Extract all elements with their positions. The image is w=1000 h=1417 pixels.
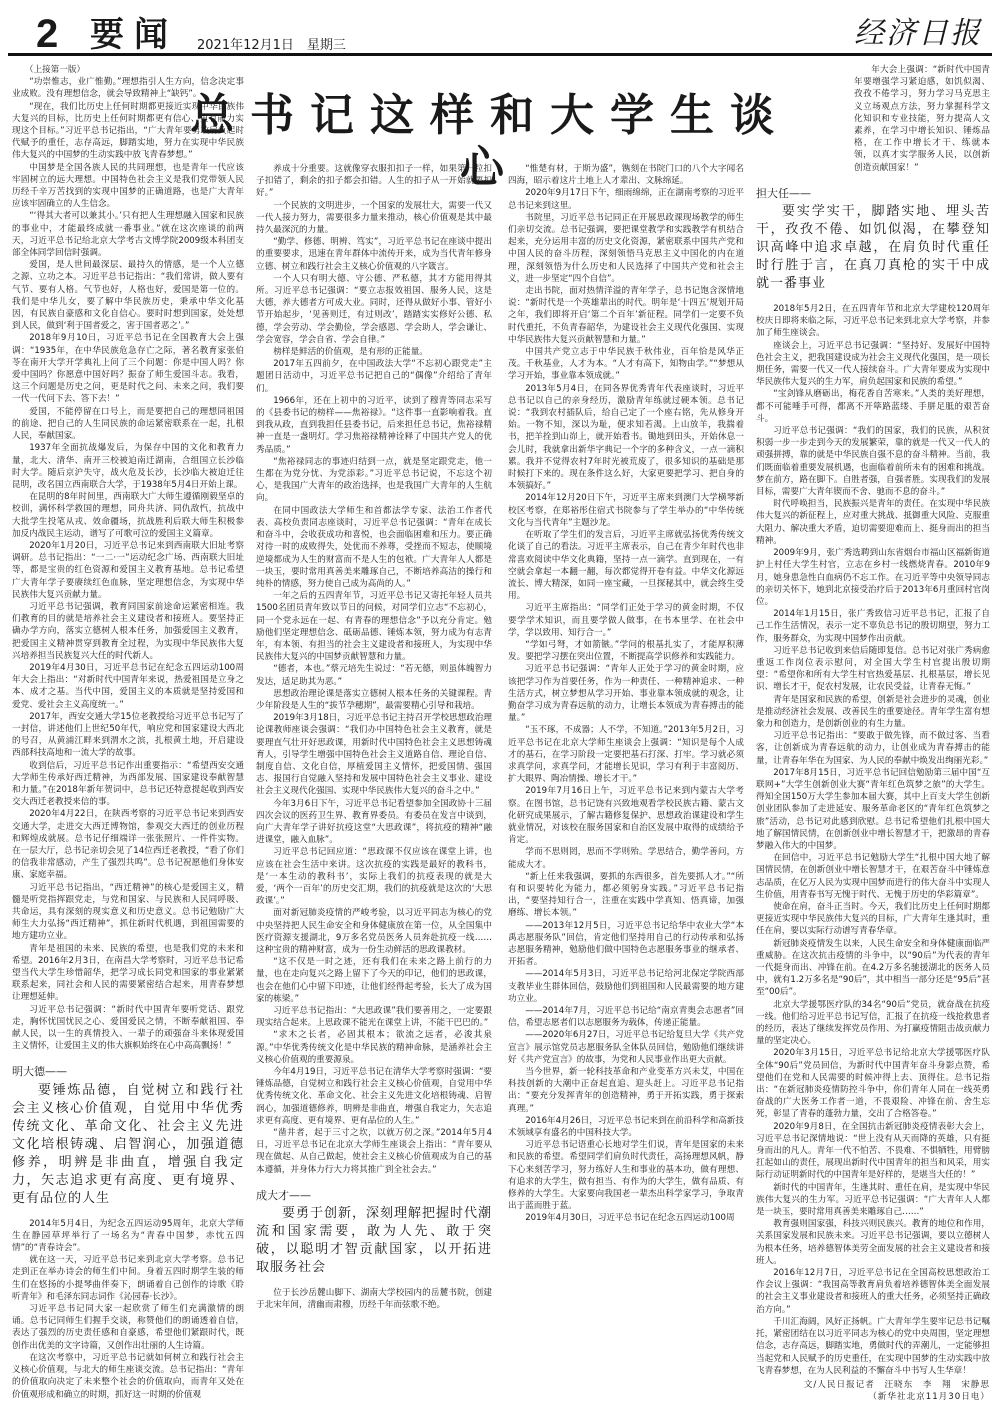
paragraph: “新上任来我强调，要抓的东西很多，首先要抓人才。”“所有和识要转化为能力，都必须… — [508, 871, 744, 920]
paragraph: 习近平总书记指出：“要敢于做先锋，而不做过客、当看客，让创新成为青春远航的动力，… — [756, 730, 990, 767]
paragraph: 2018年5月2日，在五四青年节和北京大学建校120周年校庆日即将来临之际，习近… — [756, 303, 990, 340]
column-4-paragraphs-before: 年大会上强调：“新时代中国青年要增强学习紧迫感，如饥似渴、孜孜不倦学习，努力学习… — [854, 64, 990, 174]
paragraph: 青年是祖国的未来、民族的希望，也是我们党的未来和希望。2016年2月3日，在南昌… — [12, 943, 244, 1004]
paragraph: “求木之长者，必固其根本；欲流之远者，必浚其泉源。”中华优秀传统文化是中华民族的… — [256, 1029, 492, 1066]
paragraph: 爱国，不能停留在口号上，而是要把自己的理想同祖国的前途、把自己的人生同民族的命运… — [12, 406, 244, 443]
paragraph: 习近平总书记语重心长地对学生们说，青年是国家的未来和民族的希望。希望同学们肩负时… — [508, 1139, 744, 1212]
paragraph: 当今世界，新一轮科技革命和产业变革方兴未艾，中国在科技创新的大潮中正奋起直追、迎… — [508, 1066, 744, 1115]
paragraph: 座谈会上，习近平总书记强调：“坚持好、发展好中国特色社会主义，把我国建设成为社会… — [756, 340, 990, 389]
paragraph: 2016年4月26日，习近平总书记来到在前沿科学和高新技术领域享有盛名的中国科技… — [508, 1115, 744, 1139]
paragraph: 榜样是鲜活的价值观，是有形的正能量。 — [256, 346, 492, 358]
paragraph: 习近平总书记强调：“新时代中国青年要听党话、跟党走，胸怀忧国忧民之心、爱国爱民之… — [12, 1004, 244, 1053]
paragraph: 一个民族的文明进步，一个国家的发展壮大，需要一代又一代人接力努力，需要很多力量来… — [256, 200, 492, 237]
paragraph: 2016年12月7日，习近平总书记在全国高校思想政治工作会议上强调：“我国高等教… — [756, 1267, 990, 1316]
paragraph: 2020年1月20日，习近平总书记来到西南联大旧址考察调研。总书记指出：“一二·… — [12, 540, 244, 601]
paragraph: 2019年4月30日，习近平总书记在纪念五四运动100周年大会上指出：“对新时代… — [12, 662, 244, 711]
section-title: 要闻 — [90, 16, 178, 54]
paragraph: 2017年8月15日，习近平总书记回信勉励第三届中国“互联网+”大学生创新创业大… — [756, 767, 990, 852]
paragraph: 1966年，还在上初中的习近平，读到了穆青等同志采写的《县委书记的榜样——焦裕禄… — [256, 395, 492, 456]
paragraph: “焦裕禄同志的事迹归结到一点，就是坚定跟党走，他一生都在为党分忧、为党添彩。”习… — [256, 456, 492, 505]
paragraph: 新冠肺炎疫情发生以来，人民生命安全和身体健康面临严重威胁。在这次抗击疫情的斗争中… — [756, 938, 990, 999]
paragraph: “德者，本也。”蔡元培先生说过：“若无德，则虽体魄智力发达，适足助其为恶。” — [256, 663, 492, 687]
paragraph: 2014年5月4日，为纪念五四运动95周年，北京大学师生在静园草坪举行了一场名为… — [12, 1218, 244, 1255]
paragraph: 一个人只有明大德、守公德、严私德，其才方能用得其所。习近平总书记强调：“要立志报… — [256, 273, 492, 346]
paragraph: 习近平总书记指出，“西迁精神”的核心是爱国主义，精髓是听党指挥跟党走，与党和国家… — [12, 882, 244, 943]
paragraph: 2017年五四前夕，在中国政法大学“不忘初心跟党走”主题团日活动中，习近平总书记… — [256, 358, 492, 395]
paragraph: 年大会上强调：“新时代中国青年要增强学习紧迫感，如饥似渴、孜孜不倦学习，努力学习… — [854, 64, 990, 174]
paragraph: “凿井者，起于三寸之坎，以就万仞之深。”2014年5月4日，习近平总书记在北京大… — [256, 1127, 492, 1176]
paragraph: 北京大学援鄂医疗队的34名“90后”党员，就奋战在抗疫一线。他们给习近平总书记写… — [756, 999, 990, 1048]
paragraph: “‘得其大者可以兼其小。’只有把人生理想融入国家和民族的事业中，才能最终成就一番… — [12, 210, 244, 259]
article-column-2: 养成十分重要。这就像穿衣服扣扣子一样，如果第一粒扣子扣错了，剩余的扣子都会扣错。… — [256, 163, 492, 1311]
paragraph: 今年3月6日下午，习近平总书记看望参加全国政协十三届四次会议的医药卫生界、教育界… — [256, 798, 492, 847]
paragraph: 2013年5月4日，在同各界优秀青年代表座谈时，习近平总书记以自己的亲身经历，激… — [508, 383, 744, 493]
paragraph: 在这次考察中，习近平总书记就如何树立和践行社会主义核心价值观，与北大的师生座谈交… — [12, 1352, 244, 1401]
column-1-paragraphs-after: 2014年5月4日，为纪念五四运动95周年，北京大学师生在静园草坪举行了一场名为… — [12, 1218, 244, 1401]
paragraph: 面对新冠肺炎疫情的严峻考验，以习近平同志为核心的党中央坚持把人民生命安全和身体健… — [256, 907, 492, 956]
subhead-ming-da-de: 明大德—— 要锤炼品德，自觉树立和践行社会主义核心价值观，自觉用中华优秀传统文化… — [12, 1066, 244, 1207]
paragraph: 在昆明的8年时间里，西南联大广大师生遵循刚毅坚卓的校训，满怀科学救国的理想，同舟… — [12, 491, 244, 540]
subhead-cheng-da-cai: 成大才—— 要勇于创新，深刻理解把握时代潮流和国家需要，敢为人先、敢于突破，以聪… — [256, 1190, 492, 1277]
paragraph: 2018年9月10日，习近平总书记在全国教育大会上强调：“1935年，在中华民族… — [12, 332, 244, 405]
paragraph: 习近平总书记强调：“青年人正处于学习的黄金时期，应该把学习作为首要任务，作为一种… — [508, 663, 744, 724]
paragraph: 2014年1月15日，张广秀致信习近平总书记，汇报了自己工作生活情况，表示一定不… — [756, 608, 990, 645]
masthead-rule — [8, 53, 992, 56]
paragraph: ——2014年5月3日，习近平总书记给河北保定学院西部支教毕业生群体回信，鼓励他… — [508, 968, 744, 1005]
paragraph: 习近平主席指出：“同学们正处于学习的黄金时期，不仅要学学术知识，而且要学做人做事… — [508, 602, 744, 639]
column-3-paragraphs: “惟楚有材，于斯为盛”，镌刻在书院门口的八个大字闻名四海，昭示着这片土地上人才辈… — [508, 163, 744, 1225]
paragraph: 习近平总书记同大家一起欣赏了师生们充满激情的朗诵。总书记同师生们握手交谈，称赞他… — [12, 1303, 244, 1352]
page-number: 2 — [36, 14, 58, 54]
paragraph: 学而不思则罔，思而不学则殆。学思结合，勤学善问，方能成大才。 — [508, 846, 744, 870]
column-2-paragraphs: 养成十分重要。这就像穿衣服扣扣子一样，如果第一粒扣子扣错了，剩余的扣子都会扣错。… — [256, 163, 492, 1176]
subhead-kicker: 担大任—— — [756, 188, 990, 200]
subhead-deck: 要勇于创新，深刻理解把握时代潮流和国家需要，敢为人先、敢于突破，以聪明才智贡献国… — [256, 1205, 492, 1277]
paragraph: 在同中国政法大学师生和首都法学专家、法治工作者代表、高校负责同志座谈时，习近平总… — [256, 505, 492, 590]
paragraph: 2017年，西安交通大学15位老教授给习近平总书记写了一封信，讲述他们上世纪50… — [12, 711, 244, 760]
newspaper-logo: 经济日报 — [854, 16, 982, 52]
paragraph: ——2014年7月，习近平总书记给“南京青奥会志愿者”回信，希望志愿者们以志愿服… — [508, 1005, 744, 1029]
paragraph: 青年是国家和民族的希望，创新是社会进步的灵魂，创业是推动经济社会发展、改善民生的… — [756, 694, 990, 731]
paragraph: 2019年3月18日，习近平总书记主持召开学校思想政治理论课教师座谈会强调：“我… — [256, 712, 492, 797]
article-column-3: “惟楚有材，于斯为盛”，镌刻在书院门口的八个大字闻名四海，昭示着这片土地上人才辈… — [508, 163, 744, 1225]
paragraph: 使命在肩，奋斗正当时。今天，我们比历史上任何时期都更接近实现中华民族伟大复兴的目… — [756, 901, 990, 938]
byline: 文/人民日报记者 汪晓东 李 翔 宋静思 — [756, 1379, 990, 1391]
paragraph: 中国共产党立志于中华民族千秋伟业，百年恰是风华正茂。千秋基业，人才为本。“人才有… — [508, 346, 744, 383]
subhead-kicker: 成大才—— — [256, 1190, 492, 1202]
paragraph: 习近平总书记回应道：“思政课不仅应该在课堂上讲，也应该在社会生活中来讲。这次抗疫… — [256, 846, 492, 907]
paragraph: 1937年全面抗战爆发后，为保存中国的文化和教育力量，北大、清华、南开三校被迫南… — [12, 442, 244, 491]
masthead: 2 要闻 2021年12月1日 星期三 经济日报 — [0, 0, 1000, 58]
continued-note: （上接第一版） — [12, 64, 244, 76]
subhead-kicker: 明大德—— — [12, 1066, 244, 1078]
paragraph: 2019年7月16日上午，习近平总书记来到内蒙古大学考察。在图书馆，总书记饶有兴… — [508, 785, 744, 846]
subhead-deck: 要实学实干，脚踏实地、埋头苦干，孜孜不倦、如饥似渴，在攀登知识高峰中追求卓越，在… — [756, 203, 990, 293]
paragraph: 中国梦是全国各族人民的共同理想，也是青年一代应该牢固树立的远大理想。中国特色社会… — [12, 162, 244, 211]
paragraph: 思想政治理论课是落实立德树人根本任务的关键课程。青少年阶段是人生的“拔节孕穗期”… — [256, 688, 492, 712]
paragraph: “惟楚有材，于斯为盛”，镌刻在书院门口的八个大字闻名四海，昭示着这片土地上人才辈… — [508, 163, 744, 187]
paragraph: “玉不琢，不成器；人不学，不知道。”2013年5月2日，习近平总书记在北京大学师… — [508, 724, 744, 785]
paragraph: 2020年9月17日下午，细雨绵绵，正在湖南考察的习近平总书记来到这里。 — [508, 187, 744, 211]
paragraph: 千川汇海阔，风好正扬帆。广大青年学生要牢记总书记嘱托，紧密团结在以习近平同志为核… — [756, 1316, 990, 1377]
paragraph: ——2013年12月5日，习近平总书记给华中农业大学“本禹志愿服务队”回信，肯定… — [508, 920, 744, 969]
paragraph: 今年4月19日，习近平总书记在清华大学考察时强调：“要锤炼品德，自觉树立和践行社… — [256, 1066, 492, 1127]
paragraph: 爱国，是人世间最深层、最持久的情感，是一个人立德之源、立功之本。习近平总书记指出… — [12, 259, 244, 332]
paragraph: 习近平总书记强调：“我们的国家，我们的民族，从积贫积弱一步一步走到今天的发展繁荣… — [756, 425, 990, 498]
paragraph: 新时代的中国青年，生逢其时、重任在肩，是实现中华民族伟大复兴的生力军。习近平总书… — [756, 1182, 990, 1219]
paragraph: 在回信中，习近平总书记勉励大学生“扎根中国大地了解国情民情，在创新创业中增长智慧… — [756, 852, 990, 901]
paragraph: 就在这一天，习近平总书记来到北京大学考察。总书记走到正在举办诗会的师生们中间。身… — [12, 1254, 244, 1303]
paragraph: “学如弓弩，才如箭镞。”学问的根基扎实了，才能厚积薄发。要把学习摆在突出位置，不… — [508, 639, 744, 663]
paragraph: 位于长沙岳麓山脚下、湖南大学校园内的岳麓书院，创建于北宋年间，清幽而肃穆，历经千… — [256, 1287, 492, 1311]
paragraph: 2020年4月22日，在陕西考察的习近平总书记来到西安交通大学，走进交大西迁博物… — [12, 808, 244, 881]
column-2-paragraphs-after: 位于长沙岳麓山脚下、湖南大学校园内的岳麓书院，创建于北宋年间，清幽而肃穆，历经千… — [256, 1287, 492, 1311]
paragraph: 收到信后，习近平总书记作出重要指示：“希望西安交通大学师生传承好西迁精神，为西部… — [12, 760, 244, 809]
paragraph: 2020年3月15日，习近平总书记给北京大学援鄂医疗队全体“90后”党员回信，为… — [756, 1047, 990, 1120]
paragraph: “功崇惟志，业广惟勤。”理想指引人生方向，信念决定事业成败。没有理想信念，就会导… — [12, 76, 244, 100]
article-column-4: 年大会上强调：“新时代中国青年要增强学习紧迫感，如饥似渴、孜孜不倦学习，努力学习… — [756, 64, 990, 1403]
paragraph: 2019年4月30日，习近平总书记在纪念五四运动100周 — [508, 1212, 744, 1224]
subhead-dan-da-ren: 担大任—— 要实学实干，脚踏实地、埋头苦干，孜孜不倦、如饥似渴，在攀登知识高峰中… — [756, 188, 990, 293]
paragraph: 书院里，习近平总书记同正在开展思政课现场教学的师生们亲切交流。总书记强调，要把课… — [508, 212, 744, 285]
paragraph: 2014年12月20日下午，习近平主席来到澳门大学横琴新校区考察，在郑裕彤住宿式… — [508, 492, 744, 529]
article-column-1: （上接第一版） “功崇惟志，业广惟勤。”理想指引人生方向，信念决定事业成败。没有… — [12, 64, 244, 1401]
paragraph: 习近平总书记收到来信后随即复信。总书记对张广秀病愈重返工作岗位表示慰问，对全国大… — [756, 645, 990, 694]
paragraph: 一年之后的五四青年节，习近平总书记又寄托年轻人员共1500名团员青年致以节日的问… — [256, 590, 492, 663]
column-1-paragraphs: “功崇惟志，业广惟勤。”理想指引人生方向，信念决定事业成败。没有理想信念，就会导… — [12, 76, 244, 1052]
paragraph: 在听取了学生们的发言后，习近平主席就弘扬优秀传统文化谈了自己的看法。习近平主席表… — [508, 529, 744, 602]
paragraph: “现在，我们比历史上任何时期都更接近实现中华民族伟大复兴的目标，比历史上任何时期… — [12, 101, 244, 162]
paragraph: 走出书院，面对热情洋溢的青年学子，总书记饱含深情地说：“新时代是一个英雄辈出的时… — [508, 285, 744, 346]
paragraph: “这不仅是一时之迹，还有我们在未来之路上前行的力量，也在走向复兴之路上留下了今天… — [256, 956, 492, 1005]
subhead-deck: 要锤炼品德，自觉树立和践行社会主义核心价值观，自觉用中华优秀传统文化、革命文化、… — [12, 1082, 244, 1208]
dateline: （新华社北京11月30日电） — [756, 1391, 990, 1403]
paragraph: 习近平总书记强调，教育同国家前途命运紧密相连。我们教育的目的就是培养社会主义建设… — [12, 601, 244, 662]
paragraph: 时代呼唤担当，民族振兴是青年的责任。在实现中华民族伟大复兴的新征程上，应对重大挑… — [756, 498, 990, 547]
paragraph: 习近平总书记指出：“大思政课”我们要善用之，一定要跟现实结合起来。上思政课不能光… — [256, 1005, 492, 1029]
column-4-paragraphs: 2018年5月2日，在五四青年节和北京大学建校120周年校庆日即将来临之际，习近… — [756, 303, 990, 1377]
paragraph: “勤学、修德、明辨、笃实”，习近平总书记在座谈中提出的重要要求，迅速在青年群体中… — [256, 236, 492, 273]
paragraph: 养成十分重要。这就像穿衣服扣扣子一样，如果第一粒扣子扣错了，剩余的扣子都会扣错。… — [256, 163, 492, 200]
paragraph: ——2020年6月27日，习近平总书记给复旦大学《共产党宣言》展示馆党员志愿服务… — [508, 1029, 744, 1066]
paragraph: 教育强则国家强，科技兴则民族兴。教育的地位和作用，关系国家发展和民族未来。习近平… — [756, 1218, 990, 1267]
paragraph: “宝剑锋从磨砺出，梅花香自苦寒来。”人类的美好理想，都不可能唾手可得，都离不开筚… — [756, 388, 990, 425]
issue-date: 2021年12月1日 星期三 — [197, 34, 346, 53]
paragraph: 2009年9月，张广秀选聘到山东省烟台市福山区福新街道护上村任大学生村官，立志在… — [756, 547, 990, 608]
paragraph: 2020年9月8日，在全国抗击新冠肺炎疫情表彰大会上，习近平总书记深情地说：“世… — [756, 1121, 990, 1182]
